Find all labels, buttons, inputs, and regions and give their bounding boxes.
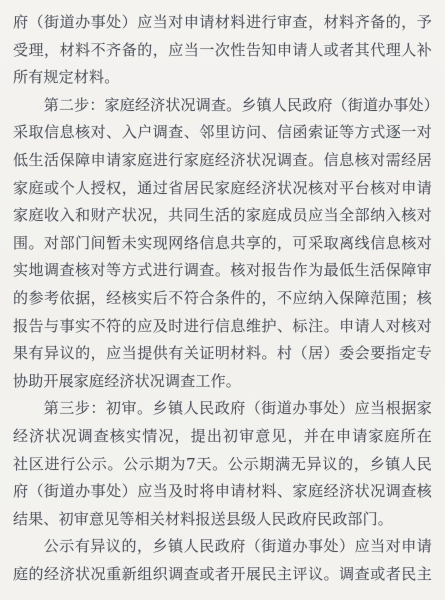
document-line: 府（街道办事处）应当对申请材料进行审查，材料齐备的，予以 bbox=[13, 9, 432, 37]
document-line: 低生活保障申请家庭进行家庭经济状况调查。信息核对需经居民 bbox=[13, 147, 432, 175]
document-line: 协助开展家庭经济状况调查工作。 bbox=[13, 368, 432, 396]
document-line: 果有异议的，应当提供有关证明材料。村（居）委会要指定专人 bbox=[13, 340, 432, 368]
document-line: 受理，材料不齐备的，应当一次性告知申请人或者其代理人补齐 bbox=[13, 37, 432, 65]
document-line: 家庭收入和财产状况，共同生活的家庭成员应当全部纳入核对范 bbox=[13, 202, 432, 230]
document-text-block: 府（街道办事处）应当对申请材料进行审查，材料齐备的，予以 受理，材料不齐备的，应… bbox=[13, 9, 432, 588]
document-line: 实地调查核对等方式进行调查。核对报告作为最低生活保障审核 bbox=[13, 257, 432, 285]
document-line: 报告与事实不符的应及时进行信息维护、标注。申请人对核对结 bbox=[13, 313, 432, 341]
document-line: 围。对部门间暂未实现网络信息共享的，可采取离线信息核对或 bbox=[13, 230, 432, 258]
document-line: 所有规定材料。 bbox=[13, 64, 432, 92]
document-line: 的参考依据，经核实后不符合条件的，不应纳入保障范围；核对 bbox=[13, 285, 432, 313]
document-page: 府（街道办事处）应当对申请材料进行审查，材料齐备的，予以 受理，材料不齐备的，应… bbox=[0, 0, 445, 600]
document-line: 第三步：初审。乡镇人民政府（街道办事处）应当根据家庭 bbox=[13, 395, 432, 423]
document-line: 第二步：家庭经济状况调查。乡镇人民政府（街道办事处） bbox=[13, 92, 432, 120]
document-line: 庭的经济状况重新组织调查或者开展民主评议。调查或者民主评 bbox=[13, 561, 432, 589]
document-line: 结果、初审意见等相关材料报送县级人民政府民政部门。 bbox=[13, 506, 432, 534]
document-line: 采取信息核对、入户调查、邻里访问、信函索证等方式逐一对最 bbox=[13, 119, 432, 147]
document-line: 公示有异议的，乡镇人民政府（街道办事处）应当对申请家 bbox=[13, 533, 432, 561]
document-line: 经济状况调查核实情况，提出初审意见，并在申请家庭所在村、 bbox=[13, 423, 432, 451]
document-line: 府（街道办事处）应当及时将申请材料、家庭经济状况调查核实 bbox=[13, 478, 432, 506]
document-line: 社区进行公示。公示期为7天。公示期满无异议的，乡镇人民政 bbox=[13, 451, 432, 479]
document-line: 家庭或个人授权，通过省居民家庭经济状况核对平台核对申请人 bbox=[13, 175, 432, 203]
